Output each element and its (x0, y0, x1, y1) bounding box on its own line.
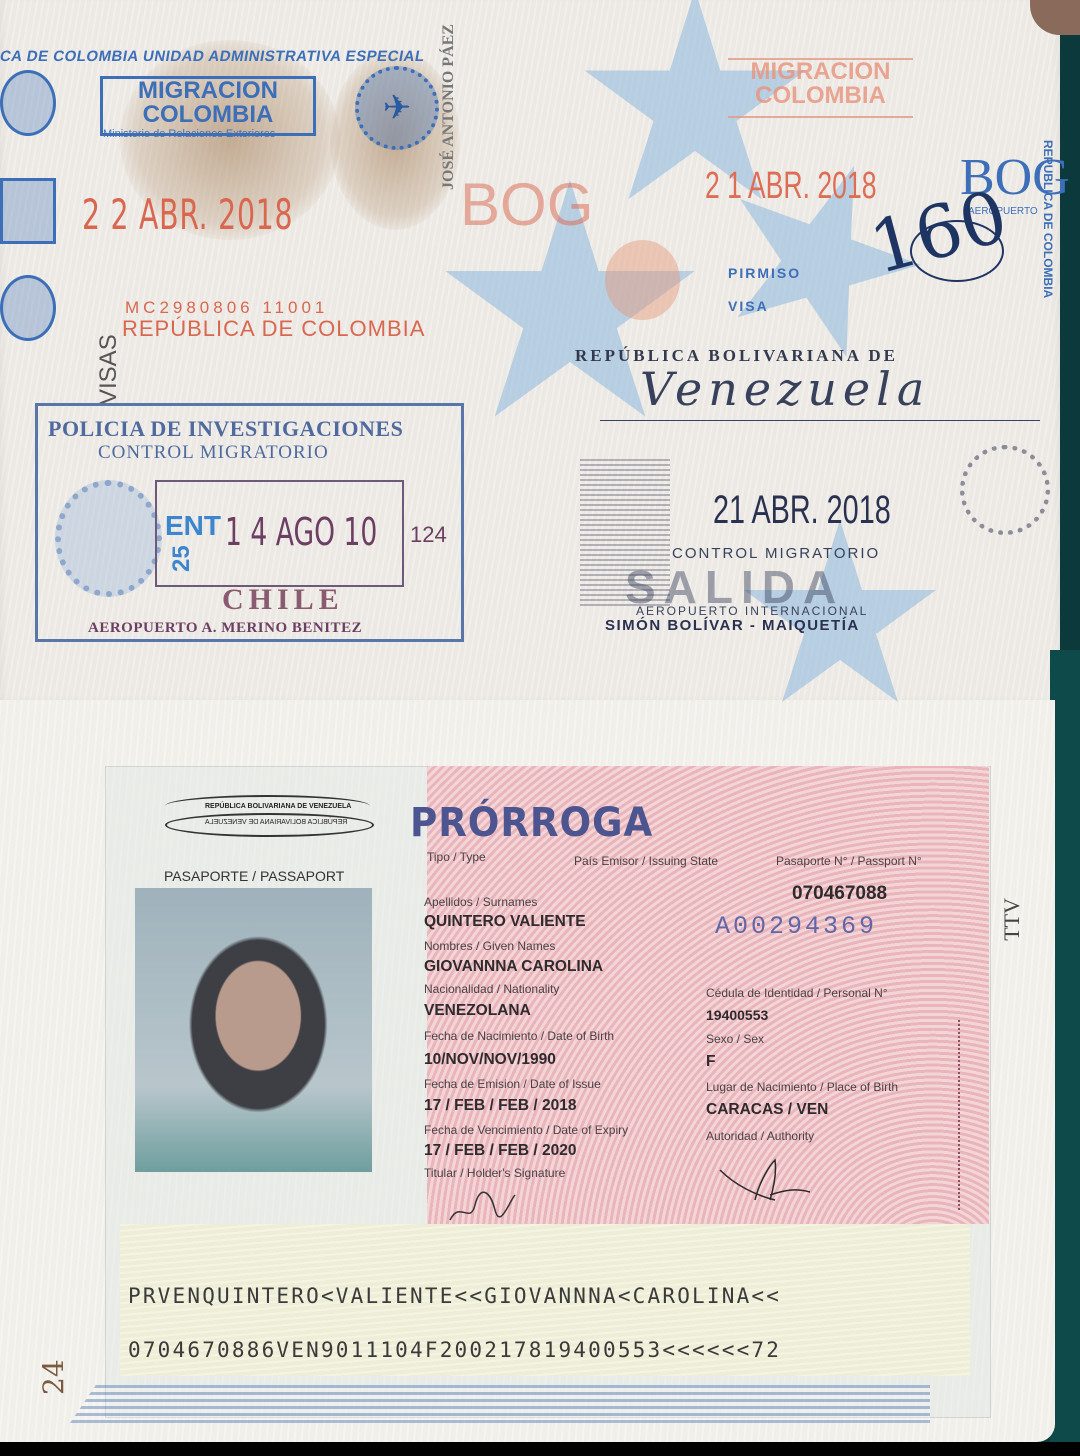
venezuela-airport-line2: SIMÓN BOLÍVAR - MAIQUETÍA (605, 617, 860, 634)
visas-label: VISAS (95, 334, 123, 405)
document-label: PASAPORTE / PASSAPORT (164, 868, 344, 884)
passport-no-label: Pasaporte N° / Passport N° (776, 854, 922, 868)
airplane-glyph: ✈ (383, 88, 412, 128)
birthplace-label: Lugar de Nacimiento / Place of Birth (706, 1080, 898, 1094)
migracion-colombia-exit-logo: MIGRACION COLOMBIA (728, 58, 913, 118)
chile-seal-icon (55, 480, 162, 597)
mrz-line-1: PRVENQUINTERO<VALIENTE<<GIOVANNNA<CAROLI… (128, 1284, 781, 1308)
nationality-value: VENEZOLANA (424, 1002, 531, 1020)
serial-number: A00294369 (715, 912, 877, 941)
chile-stamp-title: POLICIA DE INVESTIGACIONES (48, 416, 403, 442)
venezuela-script-text: Venezuela (640, 362, 930, 416)
passport-number: 070467088 (792, 883, 887, 905)
venezuela-seal-icon (960, 445, 1050, 535)
dob-value: 10/NOV/NOV/1990 (424, 1051, 556, 1069)
entry-number: 25 (168, 545, 196, 572)
authority-signature (715, 1150, 815, 1210)
partial-stamp (0, 70, 56, 136)
chile-post-number: 124 (410, 522, 447, 548)
venezuela-exit-date: 21 ABR. 2018 (713, 488, 891, 533)
microprint-band (70, 1385, 930, 1423)
entry-type-text: ENT (165, 510, 221, 541)
chile-country-text: CHILE (222, 583, 344, 617)
dob-label: Fecha de Nacimiento / Date of Birth (424, 1029, 614, 1043)
colombia-country-text: REPÚBLICA DE COLOMBIA (122, 316, 425, 342)
expiry-date-label: Fecha de Vencimiento / Date of Expiry (424, 1123, 628, 1137)
holder-photo (135, 888, 372, 1172)
permit-label: PIRMISO (728, 265, 801, 281)
migracion-colombia-logo: MIGRACION COLOMBIA (100, 76, 316, 136)
issue-date-label: Fecha de Emision / Date of Issue (424, 1077, 601, 1091)
seal-icon (605, 240, 680, 320)
type-label: Tipo / Type (427, 850, 486, 864)
colombia-exit-date: 2 1 ABR. 2018 (705, 165, 877, 208)
issuing-state-label: País Emisor / Issuing State (574, 854, 718, 868)
issuer-text: REPÚBLICA BOLIVARIANA DE VENEZUELA (205, 803, 351, 810)
given-names-value: GIOVANNNA CAROLINA (424, 958, 603, 976)
given-names-label: Nombres / Given Names (424, 939, 555, 953)
venezuela-issuer-logo: REPÚBLICA BOLIVARIANA DE VENEZUELA REPÚB… (165, 795, 370, 835)
bottom-bar (0, 1442, 1080, 1456)
partial-stamp (0, 178, 56, 244)
venezuela-airport-line1: AEROPUERTO INTERNACIONAL (636, 604, 868, 618)
expiry-date-value: 17 / FEB / FEB / 2020 (424, 1142, 576, 1160)
page-number: 24 (37, 1359, 70, 1395)
document-title: PRÓRROGA (410, 800, 653, 846)
issuer-text-mirrored: REPÚBLICA BOLIVARIANA DE VENEZUELA (205, 819, 347, 826)
divider (600, 420, 1040, 421)
mrz-line-2: 0704670886VEN9011104F200217819400553<<<<… (128, 1338, 781, 1362)
partial-stamp (0, 275, 56, 341)
colombia-airport-code: BOG (460, 170, 593, 239)
sex-value: F (706, 1053, 715, 1071)
personal-no-label: Cédula de Identidad / Personal N° (706, 986, 888, 1000)
chile-airport-text: AEROPUERTO A. MERINO BENITEZ (88, 620, 362, 637)
colombia-entry-date: 2 2 ABR. 2018 (82, 190, 293, 239)
side-marks: TTV (997, 898, 1027, 941)
vertical-name-text: JOSÉ ANTONIO PÁEZ (440, 24, 458, 190)
nationality-label: Nacionalidad / Nationality (424, 982, 559, 996)
holder-signature (445, 1180, 525, 1230)
entry-type: ENT (165, 510, 221, 542)
colombia-stamp-serial: MC2980806 11001 (125, 298, 328, 318)
microtext-rule (958, 1020, 962, 1210)
colombia-stamp-header: CA DE COLOMBIA UNIDAD ADMINISTRATIVA ESP… (0, 48, 426, 65)
chile-entry-date: 1 4 AGO 10 (225, 510, 377, 554)
sex-label: Sexo / Sex (706, 1032, 764, 1046)
surnames-value: QUINTERO VALIENTE (424, 913, 586, 931)
issue-date-value: 17 / FEB / FEB / 2018 (424, 1097, 576, 1115)
vertical-country-text: REPUBLICA DE COLOMBIA (1041, 140, 1055, 298)
personal-no-value: 19400553 (706, 1007, 768, 1023)
ministry-text: Ministerio de Relaciones Exteriores (103, 128, 275, 140)
visa-field-label: VISA (728, 298, 769, 314)
handwritten-circle (910, 220, 1004, 282)
signature-label: Titular / Holder's Signature (424, 1166, 565, 1180)
birthplace-value: CARACAS / VEN (706, 1101, 828, 1119)
authority-label: Autoridad / Authority (706, 1129, 814, 1143)
chile-stamp-subtitle: CONTROL MIGRATORIO (98, 442, 329, 464)
airplane-icon: ✈ (355, 66, 439, 150)
surnames-label: Apellidos / Surnames (424, 895, 537, 909)
